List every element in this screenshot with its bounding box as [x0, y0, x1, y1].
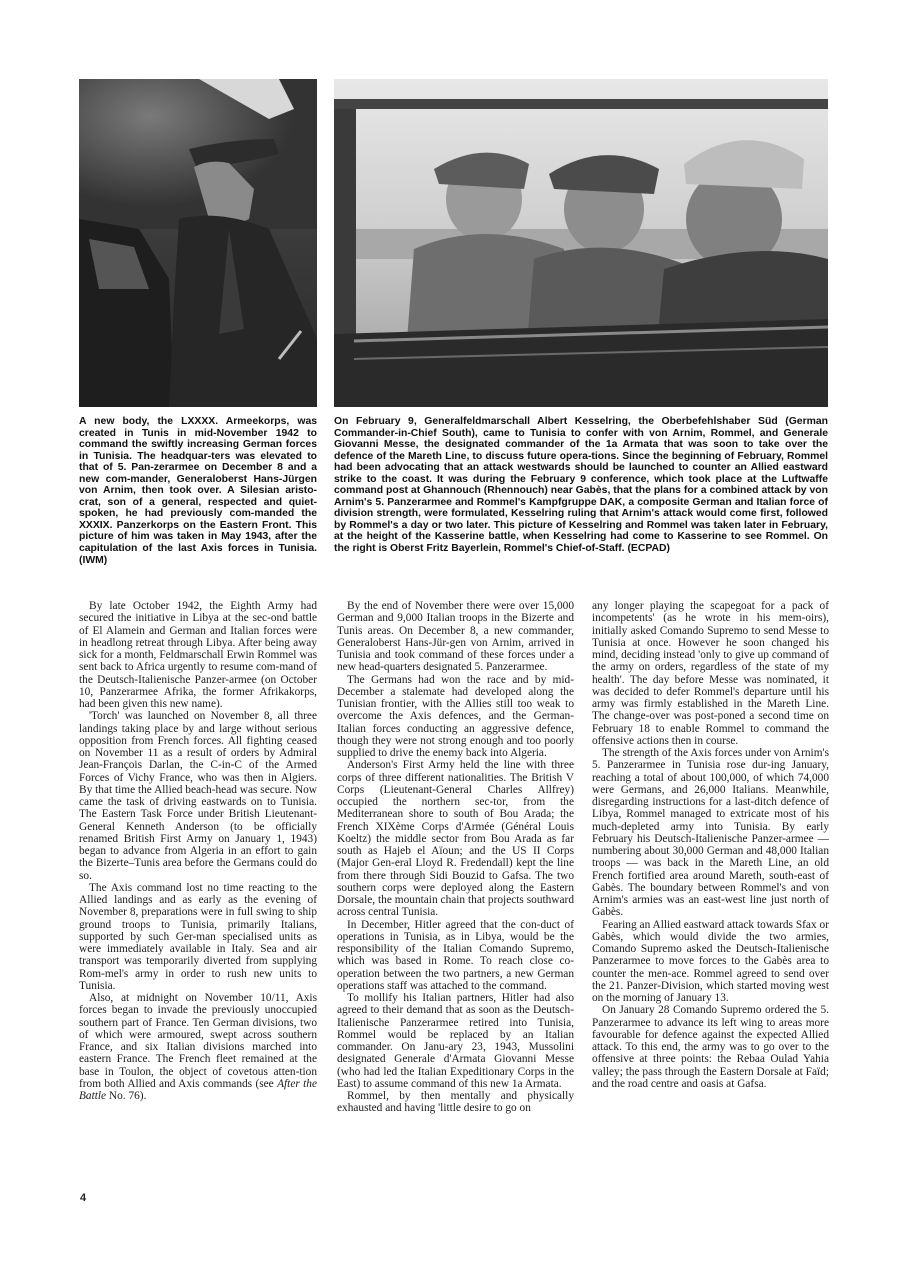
paragraph: Fearing an Allied eastward attack toward… — [592, 919, 829, 1005]
photo-kesselring-rommel-bayerlein — [334, 79, 828, 407]
paragraph: To mollify his Italian partners, Hitler … — [337, 992, 574, 1090]
photo-von-arnim-image — [79, 79, 317, 407]
paragraph: Rommel, by then mentally and physically … — [337, 1090, 574, 1115]
paragraph: The strength of the Axis forces under vo… — [592, 747, 829, 919]
body-column-2: By the end of November there were over 1… — [337, 600, 574, 1115]
paragraph: Also, at midnight on November 10/11, Axi… — [79, 992, 317, 1102]
paragraph: By late October 1942, the Eighth Army ha… — [79, 600, 317, 710]
paragraph: On January 28 Comando Supremo ordered th… — [592, 1004, 829, 1090]
caption-kesselring-rommel: On February 9, Generalfeldmarschall Albe… — [334, 416, 828, 555]
paragraph: 'Torch' was launched on November 8, all … — [79, 710, 317, 882]
photo-kesselring-rommel-image — [334, 79, 828, 407]
paragraph: any longer playing the scapegoat for a p… — [592, 600, 829, 747]
page-number: 4 — [80, 1192, 86, 1204]
paragraph: The Germans had won the race and by mid-… — [337, 674, 574, 760]
photo-von-arnim — [79, 79, 317, 407]
paragraph: By the end of November there were over 1… — [337, 600, 574, 674]
paragraph: Anderson's First Army held the line with… — [337, 759, 574, 918]
body-column-1: By late October 1942, the Eighth Army ha… — [79, 600, 317, 1102]
paragraph: The Axis command lost no time reacting t… — [79, 882, 317, 992]
paragraph-text: Also, at midnight on November 10/11, Axi… — [79, 992, 317, 1090]
body-column-3: any longer playing the scapegoat for a p… — [592, 600, 829, 1090]
publication-ref-tail: No. 76). — [106, 1090, 146, 1102]
caption-von-arnim: A new body, the LXXXX. Armeekorps, was c… — [79, 416, 317, 566]
paragraph: In December, Hitler agreed that the con-… — [337, 919, 574, 993]
